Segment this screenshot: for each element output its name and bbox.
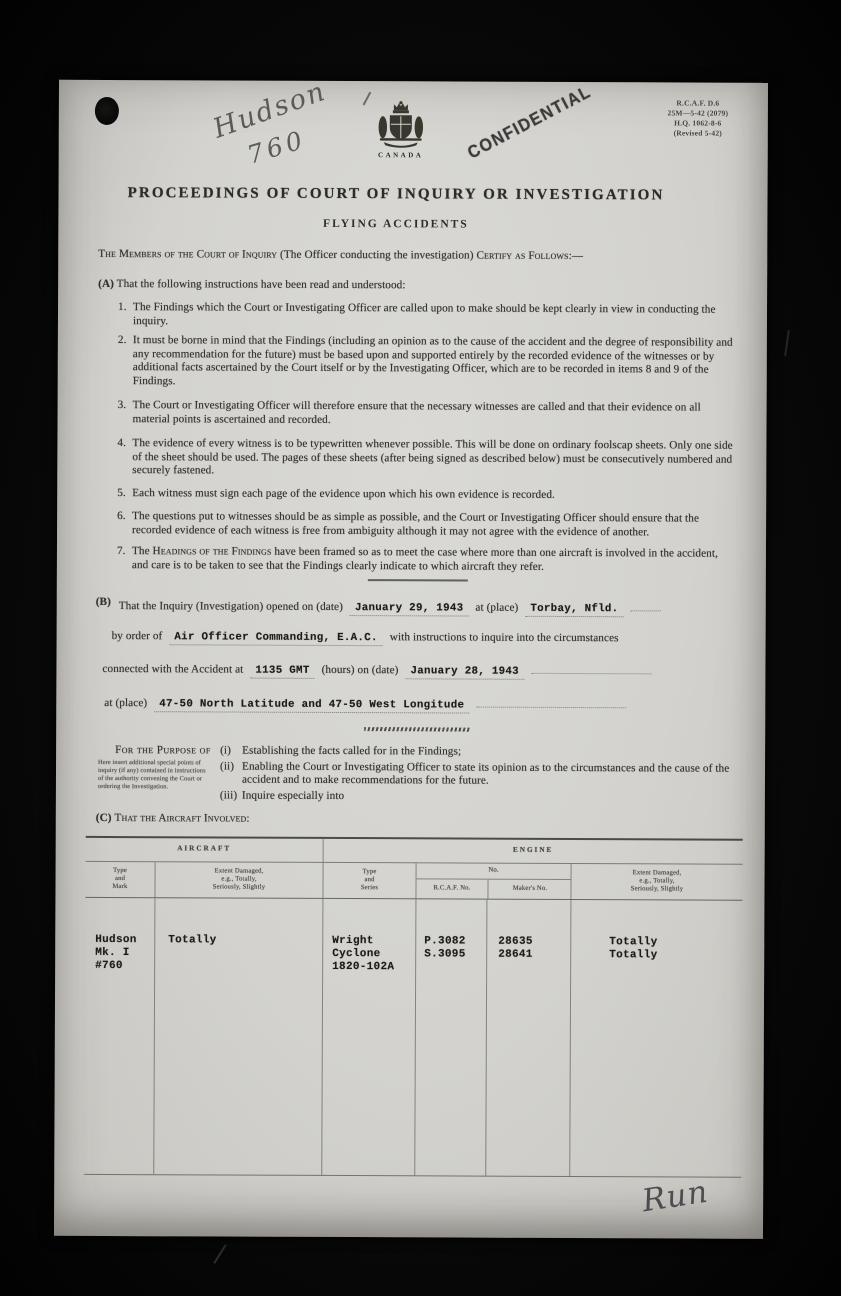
- cell-engine-rcaf-no: P.3082 S.3095: [414, 899, 486, 1175]
- place-label: at (place): [104, 696, 147, 708]
- instruction-item: 4. The evidence of every witness is to b…: [132, 437, 735, 480]
- fill-place-opened: Torbay, Nfld.: [525, 603, 623, 617]
- col-header-no: No.: [417, 863, 571, 880]
- accident-place-line: at (place)47-50 North Latitude and 47-50…: [104, 692, 738, 713]
- certify-line: The Members of the Court of Inquiry (The…: [98, 248, 740, 264]
- cell-aircraft-extent: Totally: [153, 898, 322, 1175]
- group-header-engine: ENGINE: [323, 838, 743, 863]
- form-ref-line: H.Q. 1062-8-6: [642, 118, 754, 128]
- purpose-item: (ii) Enabling the Court or Investigating…: [242, 760, 738, 789]
- aircraft-engine-table: AIRCRAFT ENGINE Type and Mark Extent Dam…: [84, 835, 742, 1177]
- table-group-header-row: AIRCRAFT ENGINE: [86, 837, 743, 864]
- instruction-item: 3. The Court or Investigating Officer wi…: [133, 399, 736, 429]
- inquiry-opened-line: (B)That the Inquiry (Investigation) open…: [119, 596, 739, 617]
- instruction-item: 7. The Headings of the Findings have bee…: [132, 545, 735, 575]
- certify-smallcaps-2: Certify as Follows:—: [476, 250, 583, 262]
- purpose-item-number: (ii): [220, 760, 234, 774]
- instruction-item: 5. Each witness must sign each page of t…: [132, 487, 735, 503]
- item-number: 1.: [118, 301, 127, 315]
- purpose-item: (iii) Inquire especially into: [242, 789, 738, 805]
- certify-smallcaps-1: The Members of the Court of Inquiry: [98, 248, 280, 261]
- instruction-item: 6. The questions put to witnesses should…: [132, 510, 735, 540]
- fill-accident-time: 1135 GMT: [250, 665, 314, 679]
- col-header-extent-aircraft: Extent Damaged, e.g., Totally, Seriously…: [154, 862, 322, 898]
- item-text-pre: The: [132, 545, 153, 557]
- purpose-item: (i) Establishing the facts called for in…: [242, 745, 738, 761]
- scanned-form-page: Hudson 760 CANADA CONFIDENTIAL R.C.A.F. …: [54, 80, 768, 1239]
- cell-aircraft-type-mark: Hudson Mk. I #760: [84, 897, 154, 1173]
- instruction-item: 2. It must be borne in mind that the Fin…: [133, 334, 736, 391]
- blank-rule-extension: [531, 661, 651, 675]
- crest-caption: CANADA: [367, 151, 435, 159]
- table-column-header-row: Type and Mark Extent Damaged, e.g., Tota…: [85, 861, 742, 900]
- item-text: The Findings which the Court or Investig…: [133, 301, 716, 327]
- blank-rule-extension: [630, 598, 660, 611]
- cell-engine-makers-no: 28635 28641: [485, 899, 570, 1175]
- by-order-label: by order of: [112, 630, 163, 642]
- col-header-makers-no: Maker's No.: [487, 879, 571, 898]
- purpose-item-number: (i): [220, 744, 231, 758]
- group-header-aircraft: AIRCRAFT: [86, 837, 323, 861]
- cell-engine-type-series: Wright Cyclone 1820-102A: [321, 898, 415, 1174]
- form-ref-line: 25M—5-42 (2079): [642, 108, 754, 118]
- purpose-item-text: Enabling the Court or Investigating Offi…: [242, 760, 729, 787]
- section-c-text: That the Aircraft Involved:: [115, 812, 250, 825]
- item-text: The evidence of every witness is to be t…: [132, 437, 732, 476]
- purpose-item-number: (iii): [220, 789, 237, 803]
- blank-rule-extension: [476, 694, 626, 708]
- page-subtitle: FLYING ACCIDENTS: [58, 217, 733, 232]
- item-text: The questions put to witnesses should be…: [132, 510, 699, 538]
- item-text: The Court or Investigating Officer will …: [133, 399, 701, 425]
- fill-ordering-authority: Air Officer Commanding, E.A.C.: [169, 631, 382, 646]
- punch-hole: [95, 97, 119, 125]
- fill-date-opened: January 29, 1943: [350, 602, 469, 617]
- item-number: 5.: [117, 487, 126, 501]
- item-text-smallcaps: Headings of the Findings: [153, 545, 272, 558]
- col-header-no-group: No. R.C.A.F. No. Maker's No.: [415, 863, 570, 899]
- hatched-divider: [364, 727, 470, 731]
- form-ref-line: (Revised 5-42): [642, 128, 754, 138]
- accident-time-line: connected with the Accident at1135 GMT(h…: [102, 659, 738, 680]
- section-b-label: (B): [96, 596, 111, 610]
- certify-parenthetical: (The Officer conducting the investigatio…: [280, 249, 476, 262]
- handwritten-initials: Run: [640, 1174, 711, 1220]
- at-place-label: at (place): [475, 602, 518, 614]
- purpose-label: For the Purpose of: [115, 744, 211, 758]
- item-number: 6.: [117, 510, 126, 524]
- item-number: 7.: [117, 545, 126, 559]
- item-text: Each witness must sign each page of the …: [132, 487, 555, 501]
- instructions-text: with instructions to inquire into the ci…: [390, 631, 619, 644]
- fill-accident-position: 47-50 North Latitude and 47-50 West Long…: [154, 698, 469, 713]
- instruction-item: 1. The Findings which the Court or Inves…: [133, 301, 736, 331]
- by-order-line: by order ofAir Officer Commanding, E.A.C…: [112, 630, 739, 647]
- section-c-label: (C): [96, 812, 112, 824]
- page-title: PROCEEDINGS OF COURT OF INQUIRY OR INVES…: [58, 185, 733, 205]
- table-data-row: Hudson Mk. I #760 Totally Wright Cyclone…: [84, 897, 742, 1177]
- section-a-label: (A): [98, 277, 114, 289]
- canada-coat-of-arms: CANADA: [367, 100, 435, 159]
- purpose-item-text: Establishing the facts called for in the…: [242, 745, 461, 758]
- form-ref-line: R.C.A.F. D.6: [642, 98, 754, 108]
- purpose-margin-note: Here insert additional special points of…: [98, 759, 212, 791]
- section-a-intro: (A) That the following instructions have…: [98, 277, 740, 293]
- col-header-extent-engine: Extent Damaged, e.g., Totally, Seriously…: [570, 864, 742, 900]
- form-reference-block: R.C.A.F. D.6 25M—5-42 (2079) H.Q. 1062-8…: [642, 98, 754, 138]
- purpose-section: For the Purpose of Here insert additiona…: [96, 744, 738, 805]
- opened-on-label: That the Inquiry (Investigation) opened …: [119, 600, 343, 613]
- form-body: The Members of the Court of Inquiry (The…: [94, 248, 740, 1177]
- item-number: 4.: [117, 437, 126, 451]
- hours-date-label: (hours) on (date): [322, 664, 399, 676]
- col-header-rcaf-no: R.C.A.F. No.: [416, 879, 487, 898]
- fill-accident-date: January 28, 1943: [405, 665, 524, 680]
- section-a-text: That the following instructions have bee…: [117, 278, 406, 291]
- item-text: It must be borne in mind that the Findin…: [133, 334, 733, 387]
- col-header-type-mark: Type and Mark: [85, 861, 154, 896]
- section-divider: [368, 579, 468, 581]
- col-header-type-series: Type and Series: [322, 862, 415, 897]
- confidential-stamp: CONFIDENTIAL: [453, 76, 605, 170]
- purpose-item-text: Inquire especially into: [242, 789, 344, 801]
- item-text: The Headings of the Findings have been f…: [132, 545, 718, 572]
- item-number: 2.: [118, 334, 127, 348]
- accident-at-label: connected with the Accident at: [102, 663, 243, 676]
- item-number: 3.: [118, 399, 127, 413]
- coat-of-arms-icon: [372, 100, 430, 150]
- section-c-heading: (C) That the Aircraft Involved:: [96, 812, 738, 828]
- cell-engine-extent: Totally Totally: [569, 900, 742, 1177]
